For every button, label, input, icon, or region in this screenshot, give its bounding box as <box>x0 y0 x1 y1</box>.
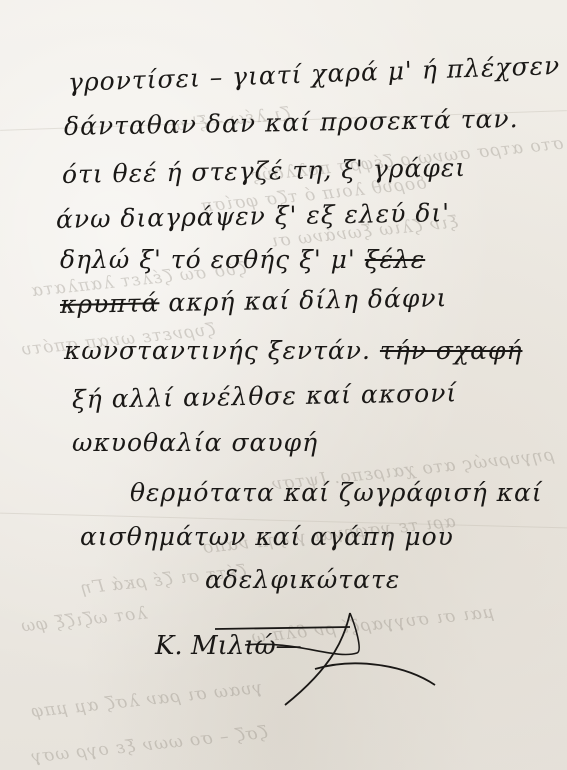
letter-line: κρυπτά ακρή καί δίλη δάφνι <box>60 283 448 319</box>
letter-line: ωκυοθαλία σαυφή <box>72 428 318 457</box>
letter-line: γροντίσει – γιατί χαρά μ' ή πλέχσεν <box>67 51 560 97</box>
signature: Κ. Μιλιώ— <box>145 605 445 715</box>
line-text: ωκυοθαλία σαυφή <box>72 428 318 457</box>
line-text: θερμότατα καί ζωγράφισή καί <box>130 478 543 507</box>
bleed-through-line: λοτ ωζιζξ φω <box>19 603 148 636</box>
letter-line: δηλώ ξ' τό εσθής ξ' μ' ξέλε <box>60 245 425 274</box>
letter-line: θερμότατα καί ζωγράφισή καί <box>130 478 543 507</box>
line-text: ακρή καί δίλη δάφνι <box>168 283 447 317</box>
line-text: κωνσταντινής ξεντάν. <box>64 336 371 365</box>
letter-line: αισθημάτων καί αγάπη μου <box>80 522 454 551</box>
line-text: αισθημάτων καί αγάπη μου <box>80 522 454 551</box>
line-text: δάνταθαν δαν καί προσεκτά ταν. <box>64 104 519 141</box>
line-text: δηλώ ξ' τό εσθής ξ' μ' <box>60 245 356 274</box>
struck-word: ξέλε <box>365 245 425 274</box>
letter-line: δάνταθαν δαν καί προσεκτά ταν. <box>64 104 519 141</box>
struck-word: κρυπτά <box>60 288 160 319</box>
line-text: γροντίσει – γιατί χαρά μ' ή πλέχσεν <box>67 51 560 97</box>
letter-line: ξή αλλί ανέλθσε καί ακσονί <box>72 378 458 414</box>
signature-flourish-icon <box>145 605 445 715</box>
line-text: ξή αλλί ανέλθσε καί ακσονί <box>72 378 458 414</box>
letter-line: κωνσταντινής ξεντάν. τήν σχαφή <box>64 336 522 365</box>
letter-line: αδελφικώτατε <box>205 565 400 594</box>
letter-page: ζι λέω – ξ' ω στο ατρσ σωνω ρ ζέφρσ πολλ… <box>0 0 567 770</box>
struck-word: τήν σχαφή <box>380 336 523 365</box>
bleed-through-line: ζσζ – σο ωων ξε ογρ ωσγ <box>30 723 269 768</box>
line-text: αδελφικώτατε <box>205 565 400 594</box>
